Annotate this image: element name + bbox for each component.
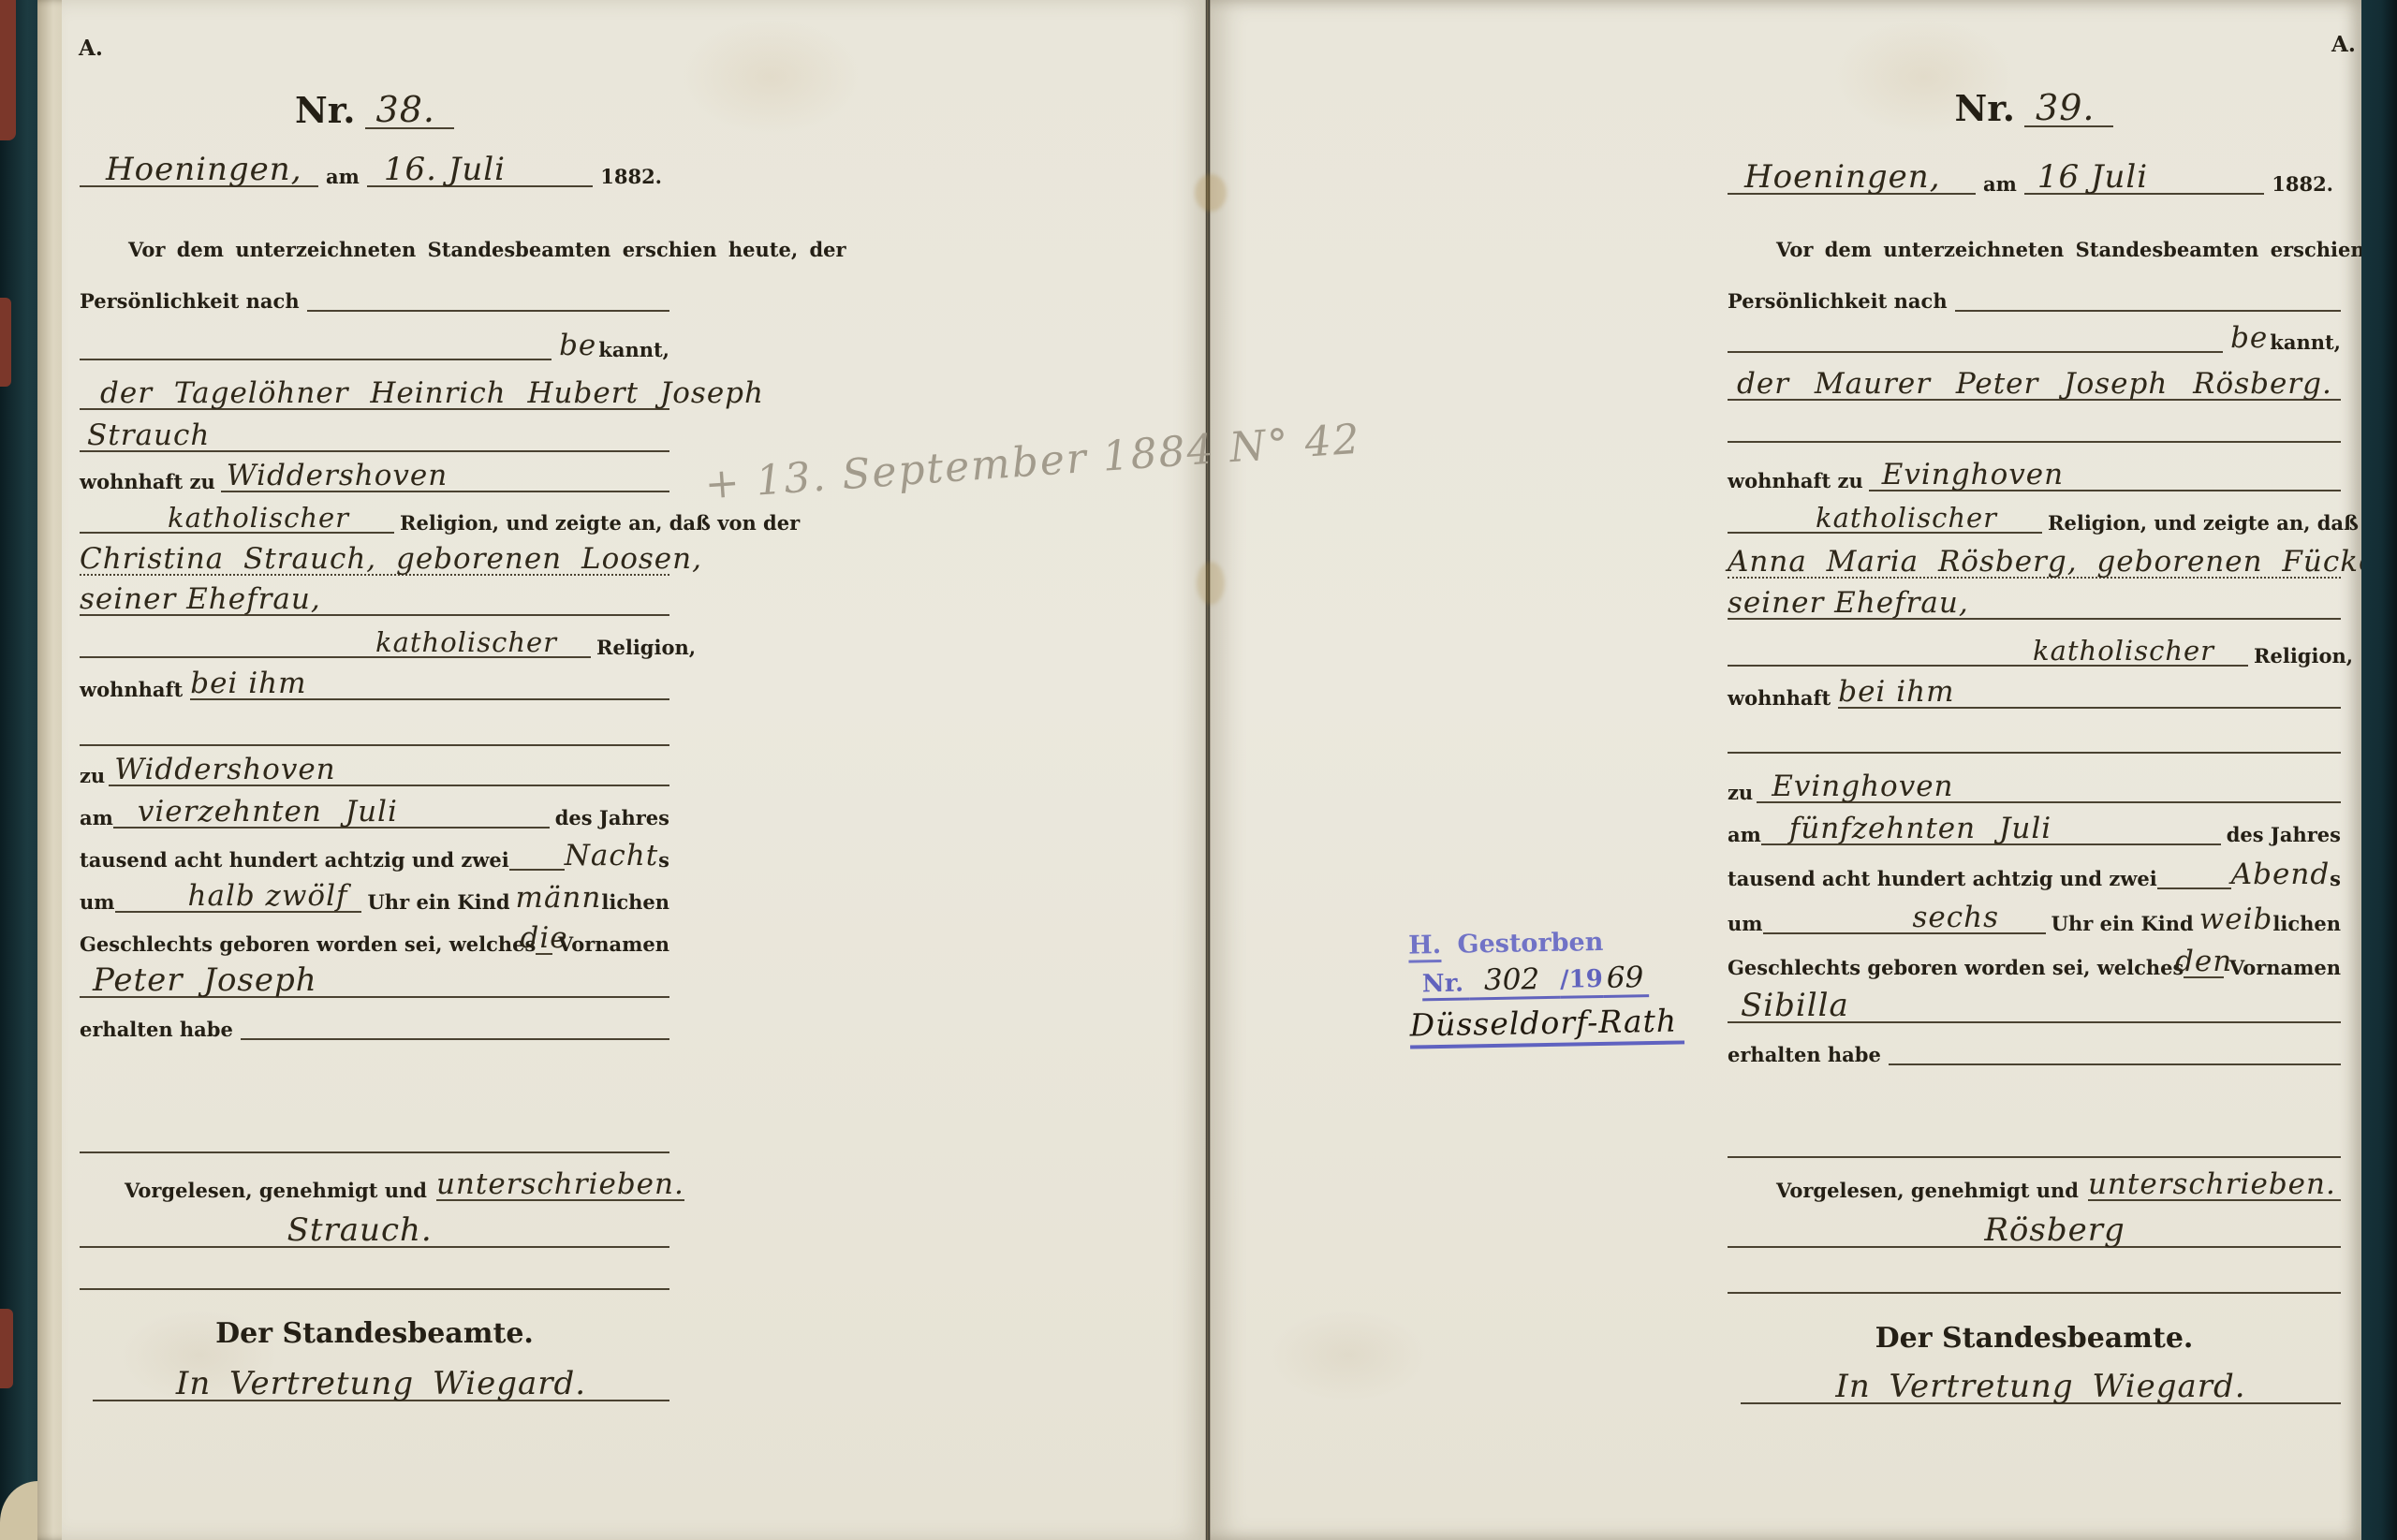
residence-row: wohnhaft zu Widdershoven bbox=[80, 451, 669, 492]
hour-value: halb zwölf bbox=[181, 882, 356, 913]
hour-value: sechs bbox=[1904, 903, 2009, 934]
record-number: 39. bbox=[2024, 90, 2113, 127]
stamp-nr-label: Nr. bbox=[1422, 969, 1470, 1001]
signature-row: Strauch. bbox=[80, 1207, 669, 1248]
year-value: 1882. bbox=[600, 167, 662, 187]
blank-rule-row bbox=[80, 705, 669, 746]
mother-row: Christina Strauch, geborenen Loosen, bbox=[80, 535, 669, 576]
blank-rule-row bbox=[1728, 1253, 2341, 1294]
wohnhaft-label: wohnhaft bbox=[80, 680, 183, 700]
vorgelesen-label: Vorgelesen, genehmigt und bbox=[125, 1181, 427, 1201]
year-words-row: tausend acht hundert achtzig und zwei Ab… bbox=[1728, 848, 2341, 889]
des-jahres-label: des Jahres bbox=[555, 808, 669, 829]
religion-print-2: Religion, bbox=[596, 638, 696, 658]
wohnhaft-label: wohnhaft bbox=[1728, 688, 1831, 709]
stamp-year-prefix: /19 bbox=[1560, 965, 1603, 999]
place-value: Hoeningen, bbox=[1728, 161, 1941, 193]
geschlechts-row: Geschlechts geboren worden sei, welches … bbox=[80, 914, 669, 955]
unterschrieben-hand: unterschrieben. bbox=[436, 1170, 684, 1201]
bekannt-row: be kannt, bbox=[80, 319, 669, 360]
lichen-suffix: lichen bbox=[2272, 914, 2341, 934]
residence-row: wohnhaft zu Evinghoven bbox=[1728, 450, 2341, 491]
hour-row: um sechs Uhr ein Kind weib lichen bbox=[1728, 893, 2341, 934]
religion-row-1: katholischer Religion, und zeigte an, da… bbox=[1728, 492, 2341, 534]
record-page-left: A. Nr. 38. Hoeningen, am 16. Juli 1882. … bbox=[62, 0, 1206, 1540]
declarant-row-2 bbox=[1728, 402, 2341, 443]
ehefrau-value: seiner Ehefrau, bbox=[80, 585, 321, 616]
stamp-place-line: Düsseldorf-Rath bbox=[1409, 996, 1684, 1049]
religion-value-2: katholischer bbox=[370, 629, 563, 658]
erhalten-row: erhalten habe bbox=[1728, 1024, 2341, 1065]
wohnhaft-bei-row: wohnhaft bei ihm bbox=[80, 659, 669, 700]
zu-label: zu bbox=[1728, 783, 1753, 803]
ehefrau-row: seiner Ehefrau, bbox=[1728, 579, 2341, 620]
religion-value-1: katholischer bbox=[1810, 505, 2003, 534]
stamp-year-hand: 69 bbox=[1603, 963, 1650, 998]
intro-row: Vor dem unterzeichneten Standesbeamten e… bbox=[1728, 227, 2341, 260]
intro-text: Vor dem unterzeichneten Standesbeamten e… bbox=[80, 240, 846, 260]
official-signature: In Vertretung Wiegard. bbox=[1835, 1371, 2245, 1402]
lichen-suffix: lichen bbox=[601, 892, 669, 913]
am-label-2: am bbox=[1728, 825, 1761, 845]
year-words-row: tausend acht hundert achtzig und zwei Na… bbox=[80, 829, 669, 871]
birthday-row: am fünfzehnten Juli des Jahres bbox=[1728, 804, 2341, 845]
geschlechts-row: Geschlechts geboren worden sei, welches … bbox=[1728, 937, 2341, 978]
wohnhaft-bei-row: wohnhaft bei ihm bbox=[1728, 667, 2341, 709]
declarant-row-2: Strauch bbox=[80, 411, 669, 452]
official-signature-row: In Vertretung Wiegard. bbox=[80, 1355, 669, 1401]
erhalten-label: erhalten habe bbox=[80, 1019, 233, 1040]
bekannt-print: kannt, bbox=[598, 340, 669, 360]
date-value: 16 Juli bbox=[2024, 161, 2148, 193]
gender-hand: weib bbox=[2199, 905, 2273, 934]
ehefrau-row: seiner Ehefrau, bbox=[80, 575, 669, 616]
birthplace-row: zu Widdershoven bbox=[80, 745, 669, 786]
geschlechts-label: Geschlechts geboren worden sei, welches bbox=[80, 934, 536, 955]
persoenlichkeit-label: Persönlichkeit nach bbox=[1728, 291, 1948, 312]
ehefrau-value: seiner Ehefrau, bbox=[1728, 589, 1969, 620]
uhr-ein-kind-label: Uhr ein Kind bbox=[367, 892, 509, 913]
s-suffix: s bbox=[658, 850, 669, 871]
religion-row-2: katholischer Religion, bbox=[1728, 625, 2341, 667]
des-jahres-label: des Jahres bbox=[2227, 825, 2341, 845]
nr-label: Nr. bbox=[1955, 90, 2016, 127]
persoenlichkeit-row: Persönlichkeit nach bbox=[1728, 271, 2341, 312]
child-name: Sibilla bbox=[1728, 990, 1849, 1021]
child-name: Peter Joseph bbox=[80, 964, 317, 996]
blank-rule-row bbox=[1728, 712, 2341, 754]
birthday-row: am vierzehnten Juli des Jahres bbox=[80, 787, 669, 829]
vornamen-label: Vornamen bbox=[2229, 958, 2341, 978]
cover-maroon-patch bbox=[0, 1309, 13, 1388]
am-label: am bbox=[1983, 174, 2017, 195]
tausend-label: tausend acht hundert achtzig und zwei bbox=[1728, 869, 2157, 889]
record-number: 38. bbox=[365, 92, 454, 129]
am-label-2: am bbox=[80, 808, 113, 829]
unterschrieben-hand: unterschrieben. bbox=[2088, 1170, 2336, 1201]
mother-name: Anna Maria Rösberg, geborenen Fücker, bbox=[1728, 548, 2361, 577]
mother-row: Anna Maria Rösberg, geborenen Fücker, bbox=[1728, 537, 2341, 579]
wohnhaft-zu-label: wohnhaft zu bbox=[80, 472, 215, 492]
year-value: 1882. bbox=[2272, 174, 2333, 195]
declarant-name-1: der Maurer Peter Joseph Rösberg. bbox=[1728, 370, 2332, 399]
record-number-row: Nr. 38. bbox=[80, 81, 669, 129]
blank-rule-row bbox=[80, 1249, 669, 1290]
page-corner-letter: A. bbox=[79, 36, 103, 61]
blank-rule-row bbox=[1728, 1117, 2341, 1158]
persoenlichkeit-row: Persönlichkeit nach bbox=[80, 271, 669, 312]
daypart-value: Abend bbox=[2231, 860, 2330, 889]
place-date-row: Hoeningen, am 16 Juli 1882. bbox=[1728, 142, 2341, 195]
am-label: am bbox=[326, 167, 360, 187]
s-suffix: s bbox=[2330, 869, 2341, 889]
blank-rule-row bbox=[80, 1112, 669, 1153]
um-label: um bbox=[80, 892, 115, 913]
standesbeamte-row: Der Standesbeamte. bbox=[80, 1311, 669, 1348]
official-signature: In Vertretung Wiegard. bbox=[176, 1368, 586, 1400]
declarant-name-1: der Tagelöhner Heinrich Hubert Joseph bbox=[80, 379, 764, 408]
declarant-row-1: der Maurer Peter Joseph Rösberg. bbox=[1728, 359, 2341, 401]
religion-row-2: katholischer Religion, bbox=[80, 617, 669, 658]
birthplace-row: zu Evinghoven bbox=[1728, 762, 2341, 803]
standesbeamte-row: Der Standesbeamte. bbox=[1728, 1315, 2341, 1353]
religion-row-1: katholischer Religion, und zeigte an, da… bbox=[80, 492, 669, 534]
stamp-number-line: Nr. 302 /19 69 bbox=[1409, 962, 1684, 1001]
stamp-nr-value-hand: 302 bbox=[1469, 965, 1561, 1001]
religion-print-2: Religion, bbox=[2254, 646, 2353, 667]
cover-maroon-patch bbox=[0, 0, 16, 140]
book-gutter-seam bbox=[1205, 0, 1211, 1540]
declarant-signature: Strauch. bbox=[278, 1214, 442, 1248]
intro-row: Vor dem unterzeichneten Standesbeamten e… bbox=[80, 227, 669, 260]
vorgelesen-row: Vorgelesen, genehmigt und unterschrieben… bbox=[1728, 1160, 2341, 1201]
birthplace-value: Evinghoven bbox=[1757, 772, 1953, 801]
bekannt-row: be kannt, bbox=[1728, 312, 2341, 353]
cover-maroon-patch bbox=[0, 298, 11, 387]
gutter-stain bbox=[1197, 562, 1225, 605]
declarant-row-1: der Tagelöhner Heinrich Hubert Joseph bbox=[80, 369, 669, 410]
bekannt-print: kannt, bbox=[2270, 332, 2341, 353]
register-book-spread: A. Nr. 38. Hoeningen, am 16. Juli 1882. … bbox=[0, 0, 2397, 1540]
persoenlichkeit-label: Persönlichkeit nach bbox=[80, 291, 300, 312]
book-cover-right bbox=[2361, 0, 2397, 1540]
uhr-ein-kind-label: Uhr ein Kind bbox=[2051, 914, 2194, 934]
religion-print-1: Religion, und zeigte an, daß von der bbox=[400, 513, 800, 534]
bekannt-hand: be bbox=[2230, 324, 2268, 353]
intro-text: Vor dem unterzeichneten Standesbeamten e… bbox=[1728, 240, 2361, 260]
child-name-row: Sibilla bbox=[1728, 982, 2341, 1023]
mother-name: Christina Strauch, geborenen Loosen, bbox=[80, 545, 702, 574]
nr-label: Nr. bbox=[295, 92, 356, 129]
gutter-stain bbox=[1195, 174, 1227, 212]
death-reference-stamp: H. Gestorben Nr. 302 /19 69 Düsseldorf-R… bbox=[1408, 926, 1685, 1049]
record-number-row: Nr. 39. bbox=[1728, 79, 2341, 127]
religion-value-1: katholischer bbox=[162, 505, 355, 534]
erhalten-row: erhalten habe bbox=[80, 999, 669, 1040]
vornamen-label: Vornamen bbox=[558, 934, 669, 955]
religion-value-2: katholischer bbox=[2027, 638, 2220, 667]
standesbeamte-label: Der Standesbeamte. bbox=[1875, 1324, 2194, 1354]
residence-value: Widdershoven bbox=[221, 462, 448, 491]
vorgelesen-label: Vorgelesen, genehmigt und bbox=[1776, 1181, 2079, 1201]
article-value: den bbox=[2175, 947, 2232, 976]
wohnhaft-zu-label: wohnhaft zu bbox=[1728, 471, 1863, 491]
daypart-value: Nacht bbox=[565, 842, 658, 871]
declarant-signature: Rösberg bbox=[1975, 1214, 2134, 1248]
gender-hand: männ bbox=[516, 884, 602, 913]
bekannt-hand: be bbox=[559, 331, 596, 360]
religion-print-1: Religion, und zeigte an, daß von der bbox=[2048, 513, 2361, 534]
declarant-name-2: Strauch bbox=[80, 421, 210, 450]
tausend-label: tausend acht hundert achtzig und zwei bbox=[80, 850, 509, 871]
vorgelesen-row: Vorgelesen, genehmigt und unterschrieben… bbox=[80, 1160, 669, 1201]
place-value: Hoeningen, bbox=[80, 154, 302, 185]
date-value: 16. Juli bbox=[367, 154, 506, 185]
child-name-row: Peter Joseph bbox=[80, 957, 669, 998]
stamp-place-hand: Düsseldorf-Rath bbox=[1409, 1002, 1684, 1049]
page-corner-letter: A. bbox=[2331, 32, 2356, 57]
erhalten-label: erhalten habe bbox=[1728, 1045, 1881, 1065]
place-date-row: Hoeningen, am 16. Juli 1882. bbox=[80, 135, 669, 187]
standesbeamte-label: Der Standesbeamte. bbox=[215, 1319, 534, 1349]
bei-value: bei ihm bbox=[1838, 678, 1954, 707]
record-page-right: A. Nr. 39. Hoeningen, am 16 Juli 1882. V… bbox=[1210, 0, 2361, 1540]
stamp-h: H. bbox=[1408, 931, 1442, 963]
birthday-value: vierzehnten Juli bbox=[113, 798, 398, 827]
stamp-gestorben-line: H. Gestorben bbox=[1408, 926, 1684, 960]
signature-row: Rösberg bbox=[1728, 1207, 2341, 1248]
geschlechts-label: Geschlechts geboren worden sei, welches bbox=[1728, 958, 2184, 978]
zu-label: zu bbox=[80, 766, 105, 786]
official-signature-row: In Vertretung Wiegard. bbox=[1728, 1357, 2341, 1404]
birthday-value: fünfzehnten Juli bbox=[1761, 814, 2051, 843]
stamp-gestorben: Gestorben bbox=[1457, 928, 1603, 960]
hour-row: um halb zwölf Uhr ein Kind männ lichen bbox=[80, 872, 669, 913]
birthplace-value: Widdershoven bbox=[109, 755, 335, 785]
residence-value: Evinghoven bbox=[1869, 461, 2064, 490]
bei-value: bei ihm bbox=[190, 669, 306, 698]
um-label: um bbox=[1728, 914, 1763, 934]
